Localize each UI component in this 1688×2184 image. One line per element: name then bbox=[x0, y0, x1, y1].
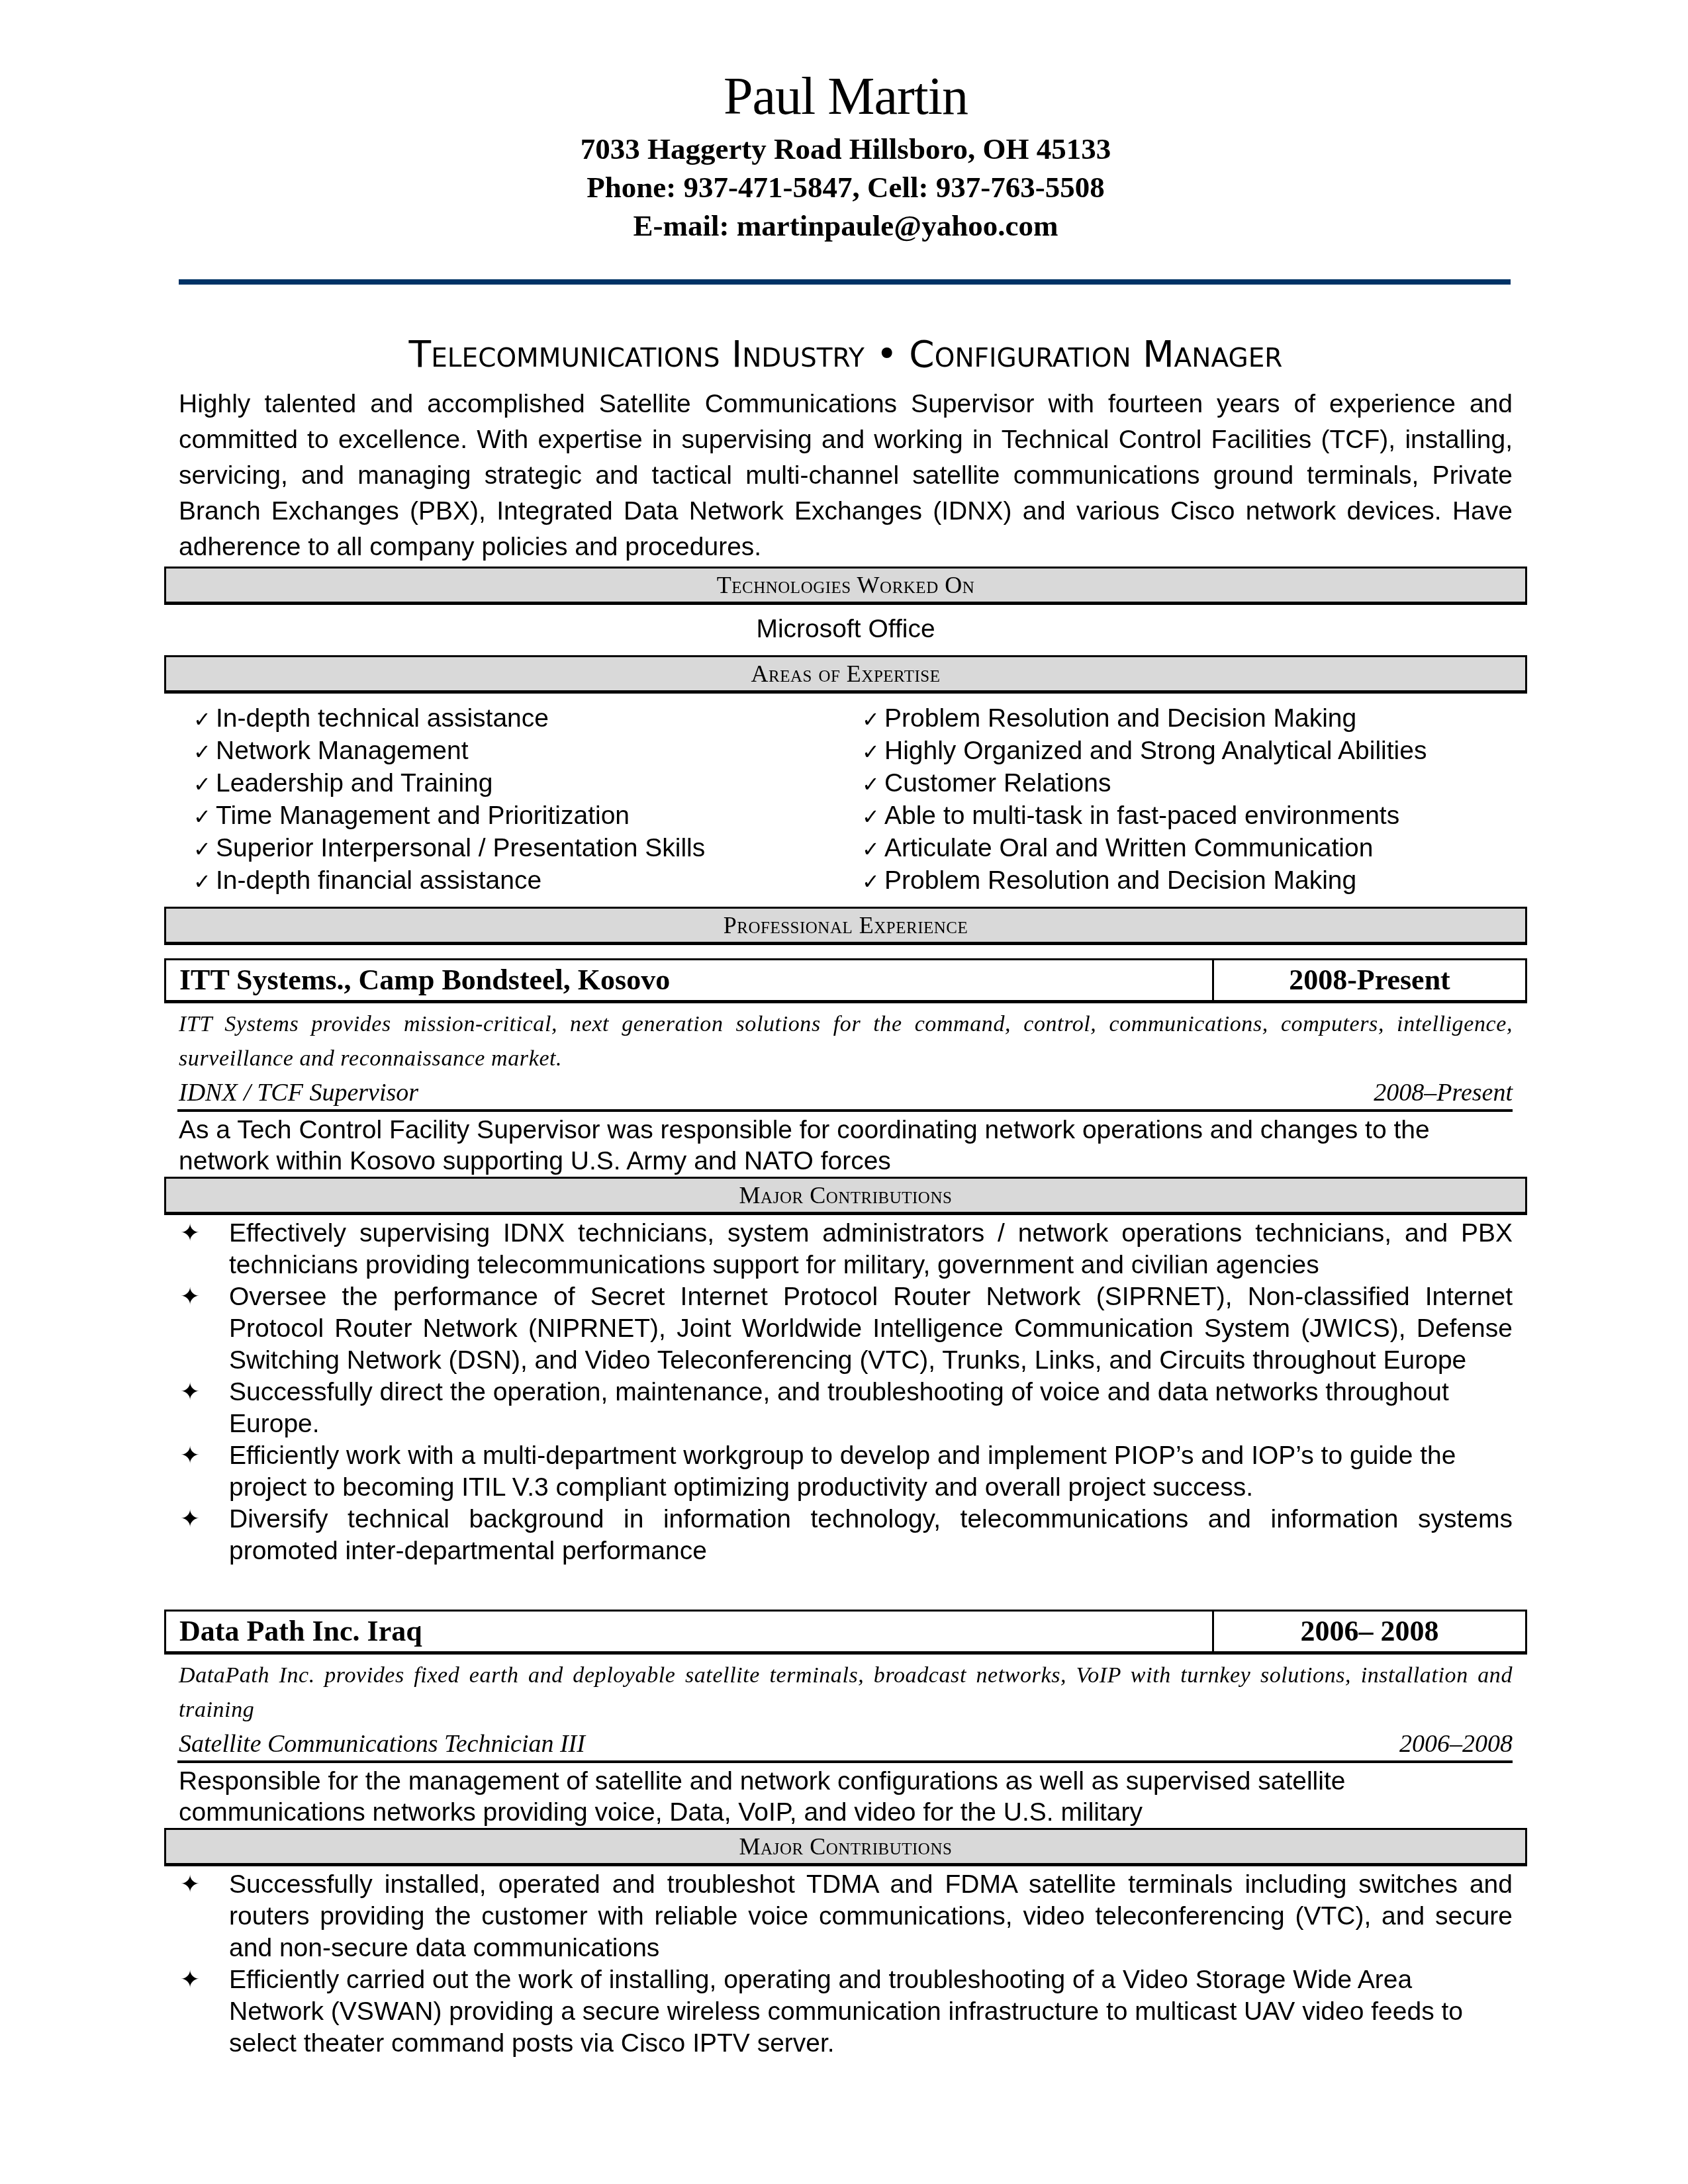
check-icon: ✓ bbox=[193, 866, 216, 897]
spacer bbox=[179, 1567, 1513, 1596]
email-address: E-mail: martinpaule@yahoo.com bbox=[179, 206, 1513, 245]
section-header-expertise: Areas of Expertise bbox=[164, 655, 1527, 694]
contributions-list: ✦Effectively supervising IDNX technician… bbox=[179, 1218, 1513, 1567]
check-icon: ✓ bbox=[862, 736, 884, 768]
expertise-item: ✓Leadership and Training bbox=[193, 768, 862, 800]
contribution-item: ✦Successfully installed, operated and tr… bbox=[179, 1869, 1513, 1964]
resume-page: Paul Martin 7033 Haggerty Road Hillsboro… bbox=[179, 0, 1513, 2060]
expertise-item: ✓Network Management bbox=[193, 735, 862, 768]
candidate-name: Paul Martin bbox=[179, 64, 1513, 130]
employment-dates: 2008-Present bbox=[1214, 960, 1525, 1000]
professional-headline: Telecommunications Industry • Configurat… bbox=[179, 331, 1513, 377]
technologies-list: Microsoft Office bbox=[179, 605, 1513, 655]
check-icon: ✓ bbox=[193, 833, 216, 865]
contributions-list: ✦Successfully installed, operated and tr… bbox=[179, 1869, 1513, 2060]
role-summary: As a Tech Control Facility Supervisor wa… bbox=[179, 1115, 1513, 1177]
contribution-item: ✦Efficiently work with a multi-departmen… bbox=[179, 1440, 1513, 1504]
header-divider bbox=[179, 279, 1511, 285]
four-point-star-icon: ✦ bbox=[180, 1504, 200, 1535]
contribution-item: ✦Diversify technical background in infor… bbox=[179, 1504, 1513, 1567]
contribution-item: ✦Efficiently carried out the work of ins… bbox=[179, 1964, 1513, 2060]
contribution-item: ✦Effectively supervising IDNX technician… bbox=[179, 1218, 1513, 1281]
four-point-star-icon: ✦ bbox=[180, 1869, 200, 1901]
four-point-star-icon: ✦ bbox=[180, 1440, 200, 1472]
section-header-experience: Professional Experience bbox=[164, 907, 1527, 945]
company-description: DataPath Inc. provides fixed earth and d… bbox=[179, 1659, 1513, 1727]
check-icon: ✓ bbox=[862, 768, 884, 800]
role-line: Satellite Communications Technician III … bbox=[177, 1727, 1513, 1763]
contribution-item: ✦Successfully direct the operation, main… bbox=[179, 1377, 1513, 1440]
section-header-contributions: Major Contributions bbox=[164, 1828, 1527, 1866]
check-icon: ✓ bbox=[862, 866, 884, 897]
expertise-item: ✓Problem Resolution and Decision Making bbox=[862, 703, 1524, 735]
company-name: ITT Systems., Camp Bondsteel, Kosovo bbox=[166, 960, 1214, 1000]
check-icon: ✓ bbox=[862, 833, 884, 865]
profile-summary: Highly talented and accomplished Satelli… bbox=[179, 387, 1513, 565]
expertise-item: ✓In-depth technical assistance bbox=[193, 703, 862, 735]
expertise-item: ✓Articulate Oral and Written Communicati… bbox=[862, 833, 1524, 865]
address: 7033 Haggerty Road Hillsboro, OH 45133 bbox=[179, 130, 1513, 168]
expertise-item: ✓Time Management and Prioritization bbox=[193, 800, 862, 833]
role-dates: 2006–2008 bbox=[1399, 1727, 1513, 1760]
expertise-item: ✓Able to multi-task in fast-paced enviro… bbox=[862, 800, 1524, 833]
check-icon: ✓ bbox=[193, 736, 216, 768]
role-title: Satellite Communications Technician III bbox=[179, 1727, 585, 1760]
expertise-item: ✓Superior Interpersonal / Presentation S… bbox=[193, 833, 862, 865]
expertise-item: ✓In-depth financial assistance bbox=[193, 865, 862, 897]
four-point-star-icon: ✦ bbox=[180, 1218, 200, 1250]
check-icon: ✓ bbox=[193, 704, 216, 735]
section-header-technologies: Technologies Worked On bbox=[164, 567, 1527, 605]
company-name: Data Path Inc. Iraq bbox=[166, 1612, 1214, 1651]
check-icon: ✓ bbox=[193, 801, 216, 833]
check-icon: ✓ bbox=[862, 704, 884, 735]
contribution-item: ✦Oversee the performance of Secret Inter… bbox=[179, 1281, 1513, 1377]
expertise-item: ✓Customer Relations bbox=[862, 768, 1524, 800]
job-header: ITT Systems., Camp Bondsteel, Kosovo 200… bbox=[164, 958, 1527, 1003]
check-icon: ✓ bbox=[862, 801, 884, 833]
role-line: IDNX / TCF Supervisor 2008–Present bbox=[177, 1076, 1513, 1112]
role-dates: 2008–Present bbox=[1374, 1076, 1513, 1109]
job-header: Data Path Inc. Iraq 2006– 2008 bbox=[164, 1610, 1527, 1655]
expertise-item: ✓Highly Organized and Strong Analytical … bbox=[862, 735, 1524, 768]
check-icon: ✓ bbox=[193, 768, 216, 800]
four-point-star-icon: ✦ bbox=[180, 1964, 200, 1996]
four-point-star-icon: ✦ bbox=[180, 1281, 200, 1313]
role-summary: Responsible for the management of satell… bbox=[179, 1766, 1513, 1828]
expertise-item: ✓Problem Resolution and Decision Making bbox=[862, 865, 1524, 897]
expertise-grid: ✓In-depth technical assistance ✓Network … bbox=[179, 694, 1513, 907]
phone-numbers: Phone: 937-471-5847, Cell: 937-763-5508 bbox=[179, 168, 1513, 206]
role-title: IDNX / TCF Supervisor bbox=[179, 1076, 418, 1109]
technology-item: Microsoft Office bbox=[756, 615, 935, 643]
section-header-contributions: Major Contributions bbox=[164, 1177, 1527, 1215]
expertise-column-right: ✓Problem Resolution and Decision Making … bbox=[862, 703, 1524, 897]
four-point-star-icon: ✦ bbox=[180, 1377, 200, 1408]
expertise-column-left: ✓In-depth technical assistance ✓Network … bbox=[193, 703, 862, 897]
company-description: ITT Systems provides mission-critical, n… bbox=[179, 1007, 1513, 1076]
employment-dates: 2006– 2008 bbox=[1214, 1612, 1525, 1651]
